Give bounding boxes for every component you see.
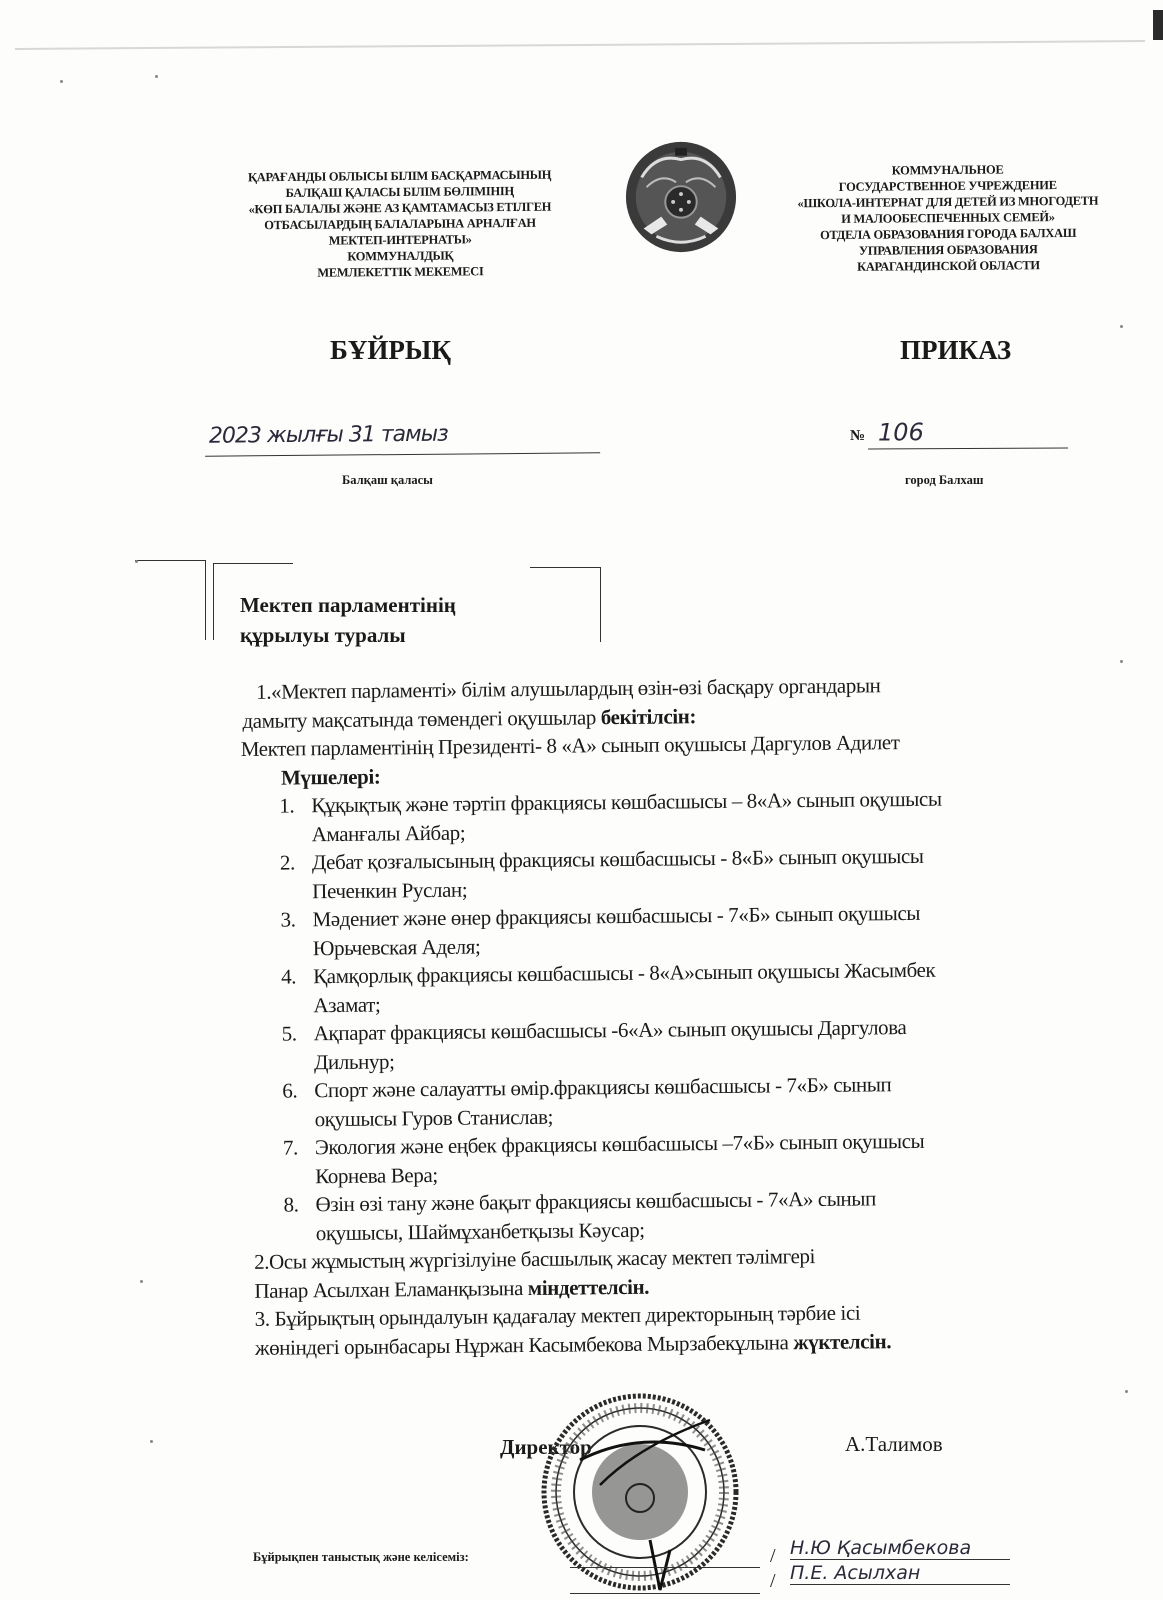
document-title-ru: ПРИКАЗ [900, 335, 1011, 366]
handwritten-date: 2023 жылғы 31 тамыз [209, 422, 448, 449]
subject-bracket-line [205, 560, 206, 640]
paragraph-emphasis: бекітілсін: [601, 704, 697, 729]
acknowledgement-signature: П.Е. Асылхан [790, 1562, 1010, 1585]
document-title-kz: БҰЙРЫҚ [330, 335, 451, 366]
city-ru: город Балхаш [905, 473, 983, 488]
date-field: 2023 жылғы 31 тамыз [205, 418, 600, 456]
order-number-field: 106 [868, 417, 1068, 449]
state-emblem-icon [622, 138, 740, 256]
list-item: 2. Дебат қозғалысының фракциясы көшбасшы… [242, 840, 1143, 906]
order-subject: Мектеп парламентінің құрылуы туралы [240, 590, 456, 650]
acknowledgement-line [570, 1567, 760, 1568]
scan-border-line [15, 40, 1145, 50]
acknowledgement-label: Бұйрықпен таныстық және келісеміз: [253, 1550, 469, 1565]
list-item-number: 8. [283, 1190, 298, 1219]
subject-bracket-line [530, 567, 600, 568]
paragraph-text: жөніндегі орынбасары Нұржан Касымбекова … [255, 1330, 794, 1360]
list-item: 5. Ақпарат фракциясы көшбасшысы -6«А» сы… [244, 1011, 1145, 1077]
scan-speck [1120, 660, 1123, 663]
header-kz-line: МЕМЛЕКЕТТІК МЕКЕМЕСІ [190, 262, 610, 282]
paragraph-emphasis: міндеттелсін. [528, 1274, 649, 1299]
header-russian-institution: КОММУНАЛЬНОЕ ГОСУДАРСТВЕННОЕ УЧРЕЖДЕНИЕ … [748, 160, 1149, 275]
list-item: 4. Қамқорлық фракциясы көшбасшысы - 8«А»… [243, 954, 1144, 1020]
scan-speck [140, 1280, 143, 1283]
paragraph-text: Панар Асылхан Еламанқызына [254, 1276, 528, 1303]
list-item-number: 7. [283, 1133, 298, 1162]
official-seal-icon [540, 1390, 740, 1595]
separator-slash: / [770, 1545, 776, 1568]
list-item-number: 5. [282, 1019, 297, 1048]
subject-line: құрылуы туралы [240, 620, 456, 650]
list-item: 6. Спорт және салауатты өмір.фракциясы к… [244, 1068, 1145, 1134]
number-sign: № [850, 428, 865, 445]
subject-bracket-line [213, 563, 293, 564]
list-item-number: 6. [282, 1076, 297, 1105]
scan-speck [155, 75, 158, 78]
acknowledgement-line [570, 1593, 760, 1594]
scan-edge-mark [1153, 10, 1163, 40]
list-item: 7. Экология және еңбек фракциясы көшбасш… [245, 1125, 1146, 1191]
list-item: 8. Өзін өзі тану және бақыт фракциясы кө… [245, 1182, 1146, 1248]
director-name: А.Талимов [845, 1432, 943, 1457]
city-kz: Балқаш қаласы [342, 473, 433, 488]
list-item: 3. Мәдениет және өнер фракциясы көшбасшы… [242, 897, 1143, 963]
subject-bracket-line [213, 563, 214, 640]
order-body: 1.«Мектеп парламенті» білім алушылардың … [240, 669, 1147, 1362]
list-item: 1. Құқықтық және тәртіп фракциясы көшбас… [241, 783, 1142, 849]
scan-speck [150, 1440, 153, 1443]
list-item-number: 1. [279, 791, 294, 820]
list-item-number: 3. [280, 905, 295, 934]
acknowledgement-signature: Н.Ю Қасымбекова [790, 1537, 1010, 1560]
scan-speck [135, 560, 138, 563]
scan-speck [1120, 325, 1123, 328]
separator-slash: / [770, 1570, 776, 1593]
header-ru-line: КАРАГАНДИНСКОЙ ОБЛАСТИ [748, 256, 1148, 275]
subject-bracket-line [135, 560, 205, 561]
scan-speck [1125, 1390, 1128, 1393]
paragraph-emphasis: жүктелсін. [793, 1329, 891, 1354]
list-item-number: 2. [280, 848, 295, 877]
list-item-number: 4. [281, 962, 296, 991]
members-list: 1. Құқықтық және тәртіп фракциясы көшбас… [241, 783, 1146, 1248]
handwritten-order-number: 106 [878, 418, 924, 446]
subject-bracket-line [600, 567, 601, 642]
paragraph-text: дамыту мақсатында төмендегі оқушылар [242, 705, 601, 733]
scan-speck [60, 80, 63, 83]
subject-line: Мектеп парламентінің [240, 590, 456, 620]
header-kazakh-institution: ҚАРАҒАНДЫ ОБЛЫСЫ БІЛІМ БАСҚАРМАСЫНЫҢ БАЛ… [190, 166, 611, 282]
